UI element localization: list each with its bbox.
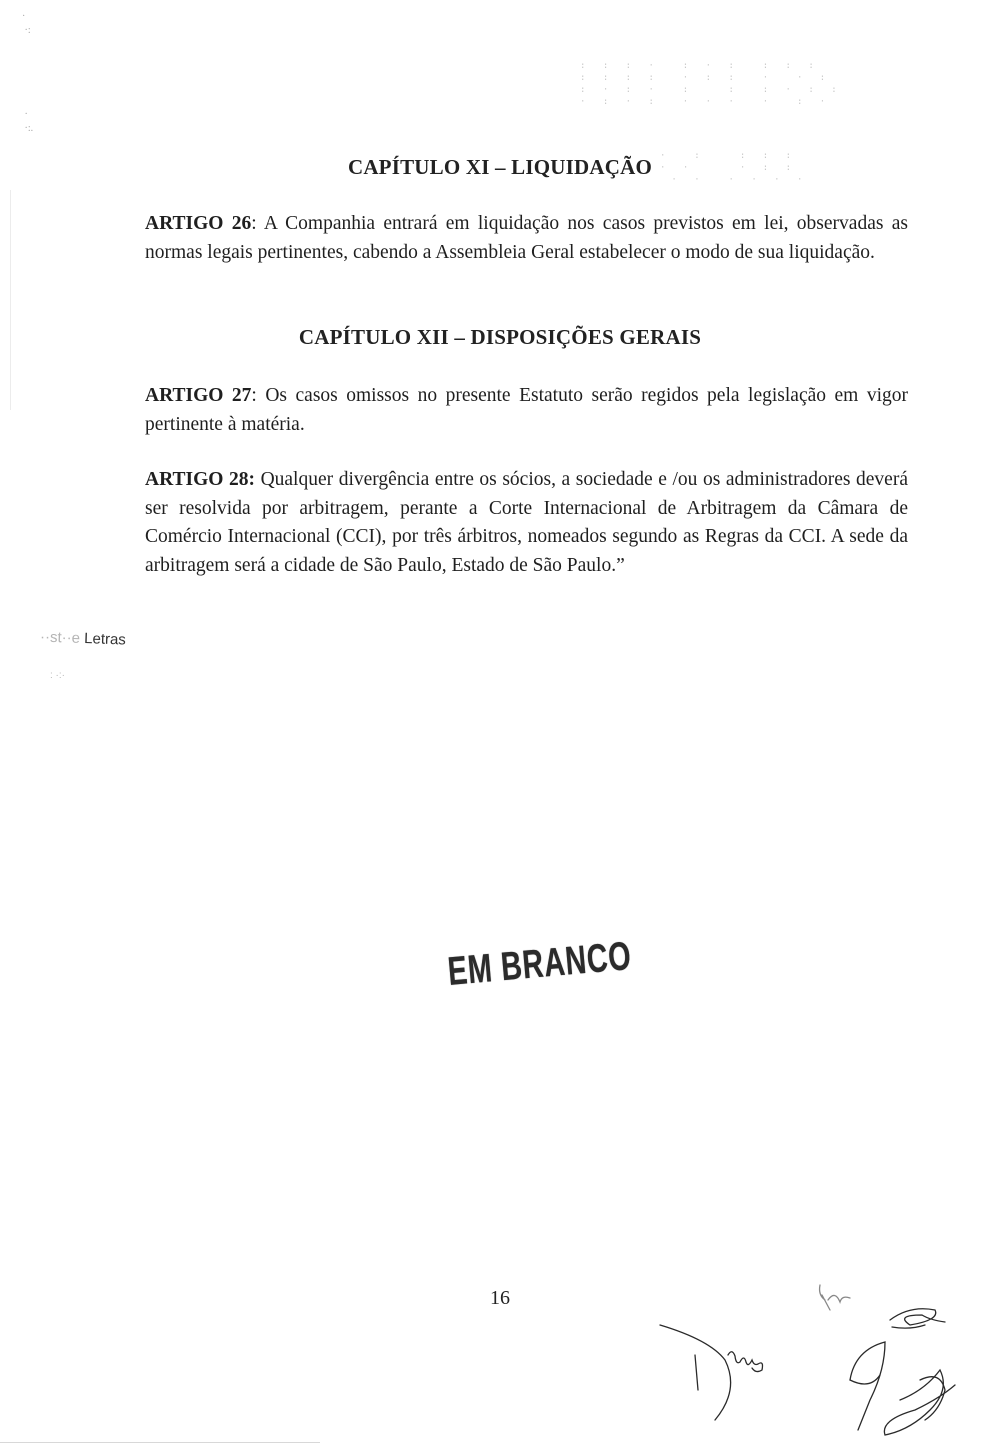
signatures — [640, 1270, 970, 1450]
article-26-text: A Companhia entrará em liquidação nos ca… — [145, 213, 908, 263]
signature-denis — [660, 1325, 763, 1420]
scan-specks: · ·: · ·:. — [22, 10, 33, 136]
article-27: ARTIGO 27: Os casos omissos no presente … — [145, 382, 908, 439]
left-margin-rule — [10, 190, 11, 410]
article-27-text: Os casos omissos no presente Estatuto se… — [145, 385, 908, 435]
chapter-heading-xii: CAPÍTULO XII – DISPOSIÇÕES GERAIS — [0, 325, 1000, 350]
side-stamp: ··st··e Letras — [40, 629, 126, 649]
side-stamp-faded: ··st··e — [40, 629, 85, 648]
article-27-label: ARTIGO 27 — [145, 385, 251, 406]
article-28-text: Qualquer divergência entre os sócios, a … — [145, 469, 908, 576]
article-28-label: ARTIGO 28: — [145, 469, 255, 490]
signature-initials-4 — [884, 1370, 955, 1435]
perforation-stamp-top: : : : · : · : : : : : : : : · : : · · : … — [580, 60, 843, 108]
side-stamp-text: Letras — [84, 630, 126, 648]
bottom-rule — [0, 1442, 320, 1443]
em-branco-stamp: EM BRANCO — [446, 934, 633, 995]
side-stamp-mark: : ·:· — [50, 670, 65, 681]
article-26: ARTIGO 26: A Companhia entrará em liquid… — [145, 210, 908, 267]
article-28: ARTIGO 28: Qualquer divergência entre os… — [145, 466, 908, 580]
article-26-label: ARTIGO 26 — [145, 213, 251, 234]
chapter-heading-xi: CAPÍTULO XI – LIQUIDAÇÃO — [0, 155, 1000, 180]
signature-initials-1 — [820, 1285, 850, 1310]
signature-initials-2 — [890, 1309, 945, 1328]
signature-initials-3 — [850, 1342, 885, 1430]
